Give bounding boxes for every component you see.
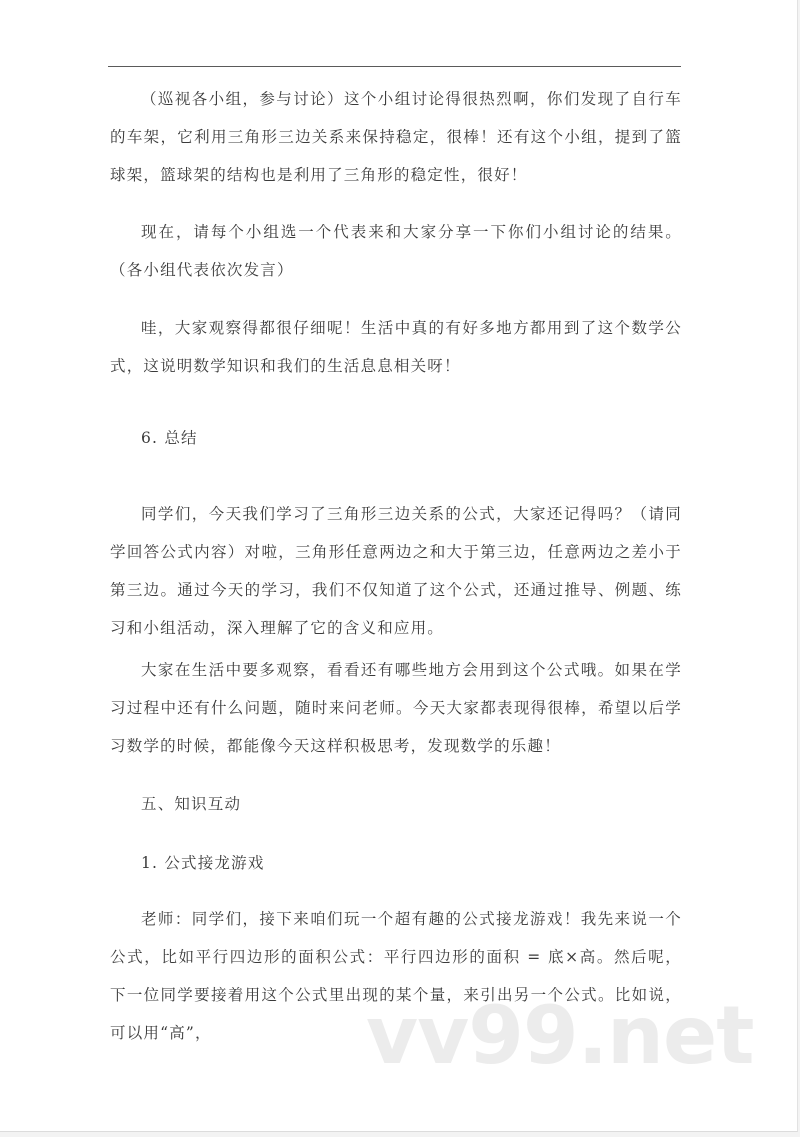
- paragraph-group-discussion: （巡视各小组，参与讨论）这个小组讨论得很热烈啊，你们发现了自行车的车架，它利用三…: [110, 80, 682, 194]
- paragraph-formula-game-intro: 老师：同学们，接下来咱们玩一个超有趣的公式接龙游戏！我先来说一个公式，比如平行四…: [110, 900, 682, 1052]
- header-rule: [108, 66, 681, 67]
- paragraph-encouragement: 大家在生活中要多观察，看看还有哪些地方会用到这个公式哦。如果在学习过程中还有什么…: [110, 651, 682, 765]
- paragraph-summary: 同学们，今天我们学习了三角形三边关系的公式，大家还记得吗？（请同学回答公式内容）…: [110, 495, 682, 647]
- paragraph-observation-praise: 哇，大家观察得都很仔细呢！生活中真的有好多地方都用到了这个数学公式，这说明数学知…: [110, 309, 682, 385]
- heading-formula-game: 1. 公式接龙游戏: [141, 851, 265, 875]
- paragraph-group-sharing: 现在，请每个小组选一个代表来和大家分享一下你们小组讨论的结果。（各小组代表依次发…: [110, 213, 682, 289]
- heading-summary: 6. 总结: [141, 426, 198, 450]
- heading-section-five: 五、知识互动: [141, 792, 241, 816]
- document-page: （巡视各小组，参与讨论）这个小组讨论得很热烈啊，你们发现了自行车的车架，它利用三…: [0, 0, 798, 1132]
